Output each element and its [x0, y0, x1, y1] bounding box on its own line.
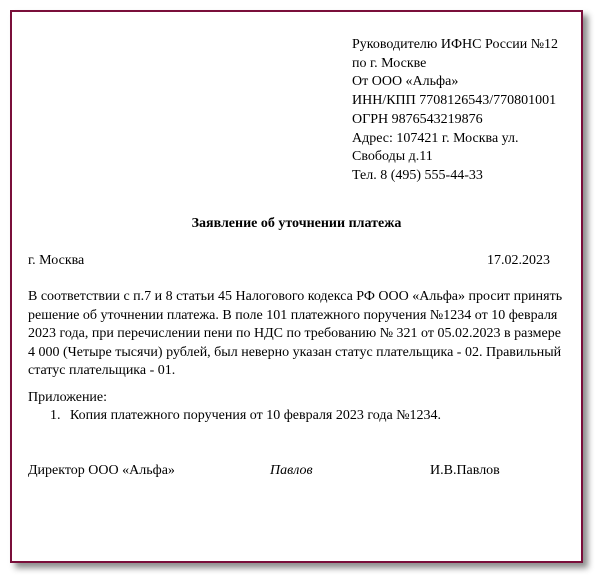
- attachment-text: Копия платежного поручения от 10 февраля…: [70, 408, 441, 423]
- addressee-line: Адрес: 107421 г. Москва ул.: [352, 130, 558, 149]
- attachments-label: Приложение:: [28, 389, 107, 408]
- body-line: В соответствии с п.7 и 8 статьи 45 Налог…: [28, 288, 566, 307]
- addressee-line: ОГРН 9876543219876: [352, 111, 558, 130]
- attachment-number: 1.: [50, 407, 70, 426]
- signatory-role: Директор ООО «Альфа»: [28, 462, 175, 481]
- signature: Павлов: [270, 462, 313, 481]
- addressee-block: Руководителю ИФНС России №12 по г. Москв…: [352, 36, 558, 186]
- body-line: статус плательщика - 01.: [28, 362, 566, 381]
- body-line: 4 000 (Четыре тысячи) рублей, был неверн…: [28, 344, 566, 363]
- addressee-line: по г. Москве: [352, 55, 558, 74]
- signatory-name: И.В.Павлов: [430, 462, 500, 481]
- body-paragraph: В соответствии с п.7 и 8 статьи 45 Налог…: [28, 288, 566, 381]
- city: г. Москва: [28, 252, 84, 271]
- document-date: 17.02.2023: [487, 252, 550, 271]
- addressee-line: От ООО «Альфа»: [352, 73, 558, 92]
- document-title: Заявление об уточнении платежа: [12, 215, 581, 234]
- body-line: решение об уточнении платежа. В поле 101…: [28, 307, 566, 326]
- addressee-line: Руководителю ИФНС России №12: [352, 36, 558, 55]
- body-line: 2023 года, при перечислении пени по НДС …: [28, 325, 566, 344]
- addressee-line: ИНН/КПП 7708126543/770801001: [352, 92, 558, 111]
- attachment-item: 1.Копия платежного поручения от 10 февра…: [50, 407, 441, 426]
- document-page: Руководителю ИФНС России №12 по г. Москв…: [10, 10, 583, 563]
- addressee-line: Тел. 8 (495) 555-44-33: [352, 167, 558, 186]
- addressee-line: Свободы д.11: [352, 148, 558, 167]
